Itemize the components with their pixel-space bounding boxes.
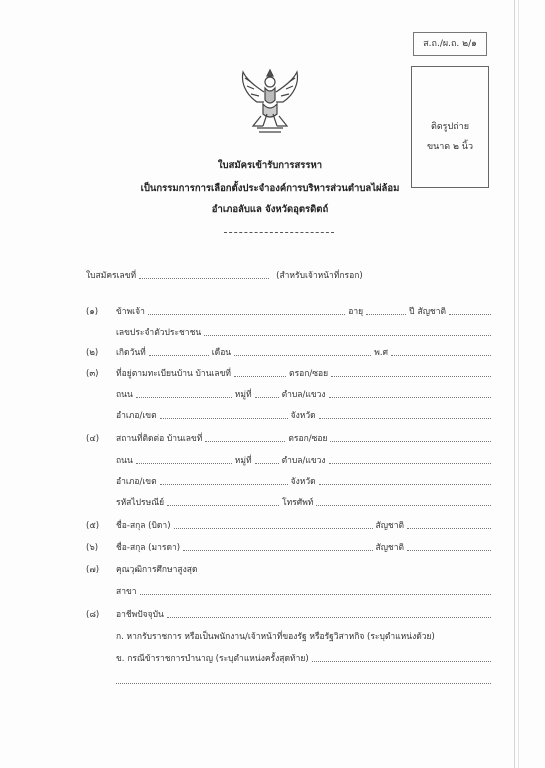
contact-subdistrict-field[interactable] [329,463,491,464]
application-number-note: (สำหรับเจ้าหน้าที่กรอก) [272,268,363,282]
photo-box-size: ขนาด ๒ นิ้ว [412,139,488,153]
item-4-road-row: ถนน หมู่ที่ ตำบล/แขวง [116,453,494,467]
item-number: (๗) [86,562,116,576]
birth-year-label: พ.ศ [374,345,391,359]
father-name-field[interactable] [174,528,373,529]
birth-year-field[interactable] [391,355,491,356]
registered-house-no-label: ที่อยู่ตามทะเบียนบ้าน บ้านเลขที่ [116,366,234,380]
mother-nationality-label: สัญชาติ [376,540,408,554]
national-id-field[interactable] [204,335,491,336]
item-number: (๘) [86,607,116,621]
item-4-postal-row: รหัสไปรษณีย์ โทรศัพท์ [116,495,494,509]
registered-province-label: จังหวัด [291,408,319,422]
father-nationality-label: สัญชาติ [376,518,408,532]
birth-month-label: เดือน [212,345,234,359]
item-7-row: (๗) คุณวุฒิการศึกษาสูงสุด [86,562,494,576]
item-3-district-row: อำเภอ/เขต จังหวัด [116,408,494,422]
contact-house-no-label: สถานที่ติดต่อ บ้านเลขที่ [116,431,205,445]
item-8-row: (๘) อาชีพปัจจุบัน [86,607,494,621]
phone-field[interactable] [316,505,491,506]
application-form-page: ส.ถ./ผ.ถ. ๒/๑ ติดรูปถ่าย ขนาด ๒ นิ้ว ใบส… [0,0,545,768]
contact-moo-label: หมู่ที่ [235,453,255,467]
item-number: (๔) [86,431,116,445]
contact-alley-field[interactable] [330,441,491,442]
item-8a-row: ก. หากรับราชการ หรือเป็นพนักงาน/เจ้าหน้า… [116,629,494,643]
registered-road-label: ถนน [116,387,136,401]
contact-province-label: จังหวัด [291,474,319,488]
birth-day-label: เกิดวันที่ [116,345,149,359]
government-position-label: ก. หากรับราชการ หรือเป็นพนักงาน/เจ้าหน้า… [116,629,438,643]
contact-road-field[interactable] [136,463,232,464]
contact-subdistrict-label: ตำบล/แขวง [282,453,329,467]
item-number: (๕) [86,518,116,532]
application-number-label: ใบสมัครเลขที่ [86,268,139,282]
mother-name-field[interactable] [183,550,372,551]
title-divider [224,232,334,233]
contact-moo-field[interactable] [255,463,279,464]
contact-alley-label: ตรอก/ซอย [288,431,330,445]
item-4-district-row: อำเภอ/เขต จังหวัด [116,474,494,488]
retired-position-field[interactable] [312,661,491,662]
scan-edge-line [514,0,515,768]
age-label: อายุ [348,304,366,318]
garuda-emblem-icon [237,66,303,136]
item-3-row: (๓) ที่อยู่ตามทะเบียนบ้าน บ้านเลขที่ ตรอ… [86,366,494,380]
registered-road-field[interactable] [136,397,232,398]
form-title: ใบสมัครเข้ารับการสรรหา [60,158,480,173]
item-2-row: (๒) เกิดวันที่ เดือน พ.ศ [86,345,494,359]
national-id-label: เลขประจำตัวประชาชน [116,325,204,339]
occupation-field[interactable] [167,617,491,618]
father-nationality-field[interactable] [407,528,491,529]
registered-moo-label: หมู่ที่ [235,387,255,401]
birth-month-field[interactable] [234,355,371,356]
retired-position-label: ข. กรณีข้าราชการบำนาญ (ระบุตำแหน่งครั้งส… [116,651,312,665]
phone-label: โทรศัพท์ [282,495,316,509]
item-5-row: (๕) ชื่อ-สกุล (บิดา) สัญชาติ [86,518,494,532]
registered-province-field[interactable] [319,418,491,419]
mother-nationality-field[interactable] [407,550,491,551]
registered-district-label: อำเภอ/เขต [116,408,160,422]
nationality-field[interactable] [449,314,491,315]
form-subtitle: เป็นกรรมการการเลือกตั้งประจำองค์การบริหา… [60,181,480,196]
major-field[interactable] [140,594,491,595]
nationality-label: สัญชาติ [418,304,450,318]
age-field[interactable] [366,314,406,315]
item-1-row: (๑) ข้าพเจ้า อายุ ปี สัญชาติ [86,304,494,318]
name-label: ข้าพเจ้า [116,304,148,318]
education-label: คุณวุฒิการศึกษาสูงสุด [116,562,200,576]
registered-moo-field[interactable] [255,397,279,398]
item-1-id-row: เลขประจำตัวประชาชน [116,325,494,339]
contact-district-label: อำเภอ/เขต [116,474,160,488]
major-label: สาขา [116,584,140,598]
item-number: (๒) [86,345,116,359]
occupation-extra-field[interactable] [116,683,491,684]
postal-code-label: รหัสไปรษณีย์ [116,495,167,509]
item-number: (๑) [86,304,116,318]
registered-district-field[interactable] [160,418,288,419]
mother-name-label: ชื่อ-สกุล (มารดา) [116,540,183,554]
registered-alley-field[interactable] [331,376,491,377]
item-8b-row: ข. กรณีข้าราชการบำนาญ (ระบุตำแหน่งครั้งส… [116,651,494,665]
item-4-row: (๔) สถานที่ติดต่อ บ้านเลขที่ ตรอก/ซอย [86,431,494,445]
item-7-major-row: สาขา [116,584,494,598]
registered-subdistrict-field[interactable] [329,397,491,398]
contact-district-field[interactable] [160,484,288,485]
registered-alley-label: ตรอก/ซอย [289,366,331,380]
form-code-box: ส.ถ./ผ.ถ. ๒/๑ [413,32,487,56]
birth-day-field[interactable] [149,355,209,356]
registered-house-no-field[interactable] [234,376,286,377]
father-name-label: ชื่อ-สกุล (บิดา) [116,518,174,532]
item-6-row: (๖) ชื่อ-สกุล (มารดา) สัญชาติ [86,540,494,554]
application-number-row: ใบสมัครเลขที่ (สำหรับเจ้าหน้าที่กรอก) [86,268,494,282]
postal-code-field[interactable] [167,505,279,506]
registered-subdistrict-label: ตำบล/แขวง [282,387,329,401]
application-number-field[interactable] [139,278,269,279]
contact-house-no-field[interactable] [205,441,285,442]
form-location: อำเภอลับแล จังหวัดอุตรดิตถ์ [60,202,480,217]
item-8-extra-row [116,673,494,687]
occupation-label: อาชีพปัจจุบัน [116,607,167,621]
scan-edge-line [518,0,519,768]
photo-box-label: ติดรูปถ่าย [412,119,488,133]
age-unit-label: ปี [409,304,417,318]
contact-road-label: ถนน [116,453,136,467]
name-field[interactable] [148,314,345,315]
item-3-road-row: ถนน หมู่ที่ ตำบล/แขวง [116,387,494,401]
contact-province-field[interactable] [319,484,491,485]
item-number: (๖) [86,540,116,554]
item-number: (๓) [86,366,116,380]
